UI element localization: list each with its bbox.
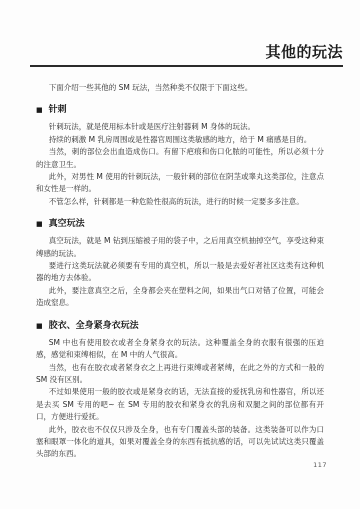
page-number: 117 xyxy=(313,461,327,469)
intro-paragraph: 下面介绍一些其他的 SM 玩法，当然种类不仅限于下面这些。 xyxy=(36,82,324,94)
paragraph: 此外，要注意真空之后，全身都会夹在塑料之间，如果出气口对错了位置，可能会造成窒息… xyxy=(36,285,324,310)
paragraph: 真空玩法，就是 M 钻到压缩被子用的袋子中，之后用真空机抽掉空气，享受这种束缚感… xyxy=(36,235,324,260)
paragraph: 当然，刺的部位会出血造成伤口。有留下疤痕和伤口化脓的可能性，所以必须十分的注意卫… xyxy=(36,146,324,171)
section-vacuum-play: ■ 真空玩法 真空玩法，就是 M 钻到压缩被子用的袋子中，之后用真空机抽掉空气，… xyxy=(36,218,324,309)
section-needle-play: ■ 针刺 针刺玩法，就是使用标本针或是医疗注射器刺 M 身体的玩法。 持续的刺激… xyxy=(36,104,324,208)
page-header: 其他的玩法 xyxy=(30,42,343,62)
section-title: 针刺 xyxy=(49,104,67,117)
section-heading-vacuum: ■ 真空玩法 xyxy=(36,218,324,231)
square-bullet-icon: ■ xyxy=(36,221,43,228)
square-bullet-icon: ■ xyxy=(36,323,43,330)
page-body: 下面介绍一些其他的 SM 玩法，当然种类不仅限于下面这些。 ■ 针刺 针刺玩法，… xyxy=(36,82,324,461)
section-title: 真空玩法 xyxy=(49,218,85,231)
section-heading-latex: ■ 胶衣、全身紧身衣玩法 xyxy=(36,320,324,333)
paragraph: 当然，也有在胶衣或者紧身衣之上再进行束缚或者紧缚，在此之外的方式和一般的 SM … xyxy=(36,362,324,387)
square-bullet-icon: ■ xyxy=(36,107,43,114)
paragraph: 要进行这类玩法就必须要有专用的真空机，所以一般是去爱好者社区这类有这种机器的地方… xyxy=(36,260,324,285)
paragraph: SM 中也有使用胶衣或者全身紧身衣的玩法。这种覆盖全身的衣服有很强的压迫感，感觉… xyxy=(36,337,324,362)
title-divider xyxy=(30,65,343,67)
paragraph: 此外，胶衣也不仅仅只涉及全身，也有专门覆盖头部的装备。这类装备可以作为口塞和眼罩… xyxy=(36,424,324,461)
paragraph: 针刺玩法，就是使用标本针或是医疗注射器刺 M 身体的玩法。 xyxy=(36,121,324,133)
document-page: 其他的玩法 下面介绍一些其他的 SM 玩法，当然种类不仅限于下面这些。 ■ 针刺… xyxy=(0,0,360,509)
paragraph: 不过如果使用一般的胶衣或是紧身衣的话，无法直接的爱抚乳房和性器官，所以还是去买 … xyxy=(36,386,324,423)
section-heading-needle: ■ 针刺 xyxy=(36,104,324,117)
paragraph: 此外，对男性 M 使用的针刺玩法，一般针刺的部位在阴茎或睾丸这类部位，注意点和女… xyxy=(36,171,324,196)
section-title: 胶衣、全身紧身衣玩法 xyxy=(49,320,139,333)
paragraph: 不管怎么样，针刺都是一种危险性很高的玩法，进行的时候一定要多多注意。 xyxy=(36,196,324,208)
paragraph: 持续的刺激 M 乳房周围或是性器官周围这类敏感的地方，给于 M 痛感是目的。 xyxy=(36,134,324,146)
section-latex-suit-play: ■ 胶衣、全身紧身衣玩法 SM 中也有使用胶衣或者全身紧身衣的玩法。这种覆盖全身… xyxy=(36,320,324,461)
page-title: 其他的玩法 xyxy=(30,42,343,62)
